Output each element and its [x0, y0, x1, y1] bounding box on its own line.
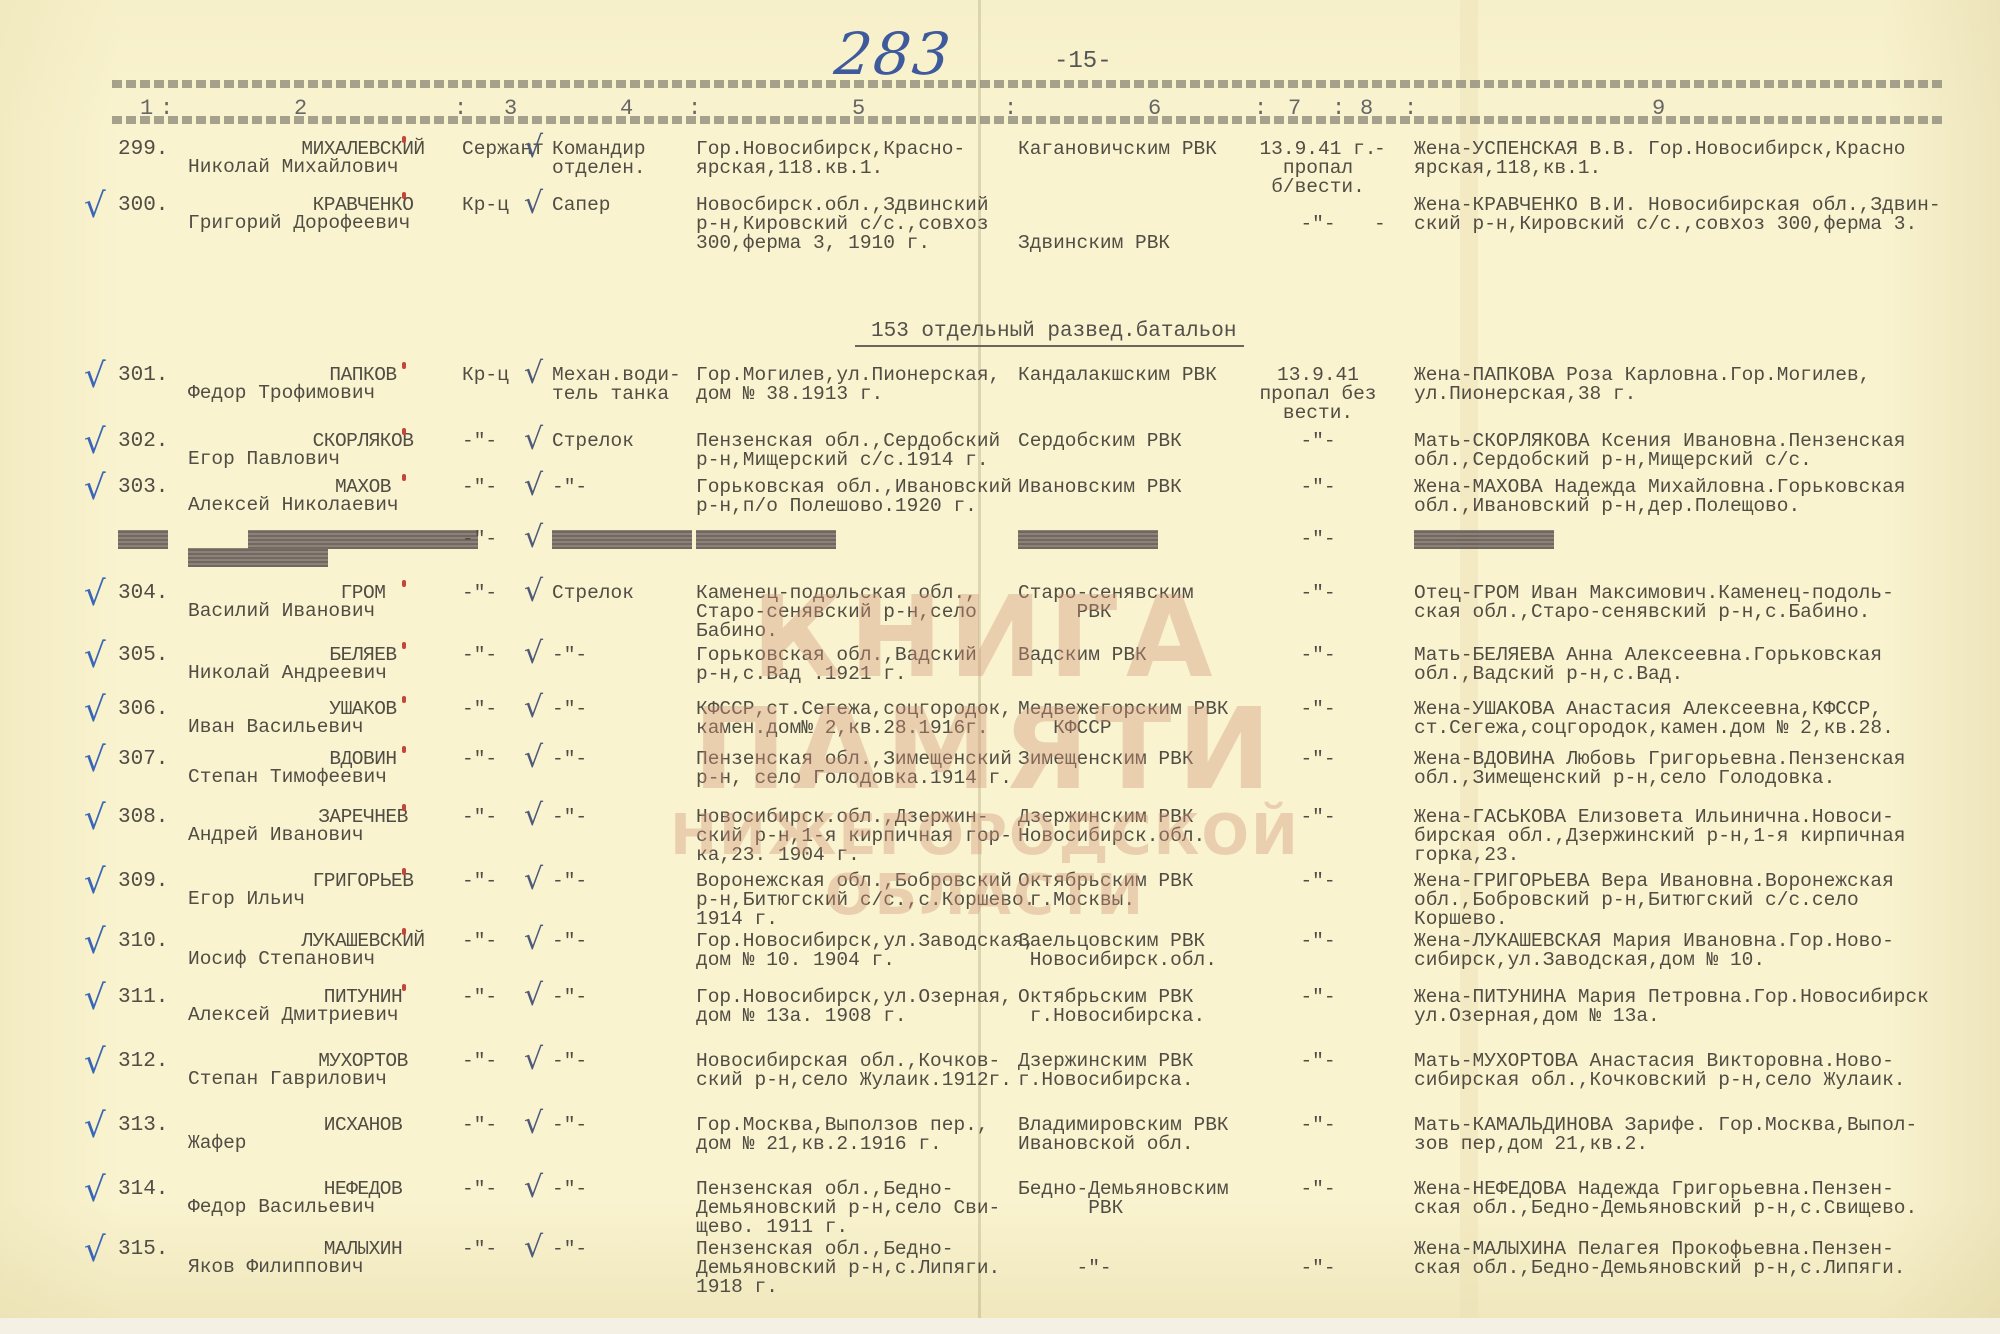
record-position: -"- [552, 808, 587, 827]
record-rank: -"- [462, 872, 497, 891]
pencil-check-icon: √ [524, 356, 543, 391]
col-number-7: 7 [1288, 96, 1301, 121]
pencil-check-icon: √ [524, 922, 543, 957]
record-rank: -"- [462, 700, 497, 719]
record-loss-date: -"- [1248, 932, 1388, 951]
record-given-names: Федор Васильевич [188, 1198, 375, 1217]
record-number: 304. [118, 584, 168, 603]
pencil-check-icon: √ [524, 1230, 543, 1265]
record-number: 303. [118, 478, 168, 497]
record-draft-office: Бедно-Демьяновским РВК [1018, 1180, 1229, 1218]
record-next-of-kin: [зачёркнуто] [1414, 530, 1554, 549]
red-pencil-mark [402, 868, 406, 875]
record-number: 305. [118, 646, 168, 665]
paper-bottom-edge [0, 1318, 2000, 1334]
record-loss-date: -"- [1248, 196, 1388, 234]
record-draft-office: Кандалакшским РВК [1018, 366, 1217, 385]
record-draft-office: -"- [1018, 1240, 1112, 1278]
record-next-of-kin: Жена-ПИТУНИНА Мария Петровна.Гор.Новосиб… [1414, 988, 1929, 1026]
record-next-of-kin: Жена-ГАСЬКОВА Елизовета Ильинична.Новоси… [1414, 808, 1905, 865]
pencil-check-icon: √ [524, 862, 543, 897]
red-pencil-mark [402, 984, 406, 991]
record-rank: -"- [462, 932, 497, 951]
red-pencil-mark [402, 428, 406, 435]
record-rank: -"- [462, 646, 497, 665]
record-birthplace: Новосибирск.обл.,Дзержин- ский р-н,1-я к… [696, 808, 1012, 865]
col-number-8: 8 [1360, 96, 1373, 121]
blue-check-icon: √ [84, 862, 106, 902]
col-separator: : [1254, 96, 1267, 121]
record-birthplace: Горьковская обл.,Вадский р-н,с.Вад .1921… [696, 646, 977, 684]
record-birthplace: Гор.Могилев,ул.Пионерская, дом № 38.1913… [696, 366, 1000, 404]
blue-check-icon: √ [84, 740, 106, 780]
col-number-5: 5 [852, 96, 865, 121]
record-position: -"- [552, 872, 587, 891]
record-position: -"- [552, 1116, 587, 1135]
blue-check-icon: √ [84, 1170, 106, 1210]
record-number: 310. [118, 932, 168, 951]
record-rank: -"- [462, 988, 497, 1007]
record-position: -"- [552, 1052, 587, 1071]
red-pencil-mark [402, 642, 406, 649]
pencil-check-icon: √ [524, 636, 543, 671]
record-draft-office: Заельцовским РВК Новосибирск.обл. [1018, 932, 1217, 970]
col-number-2: 2 [294, 96, 307, 121]
record-number: 308. [118, 808, 168, 827]
record-position: -"- [552, 750, 587, 769]
col-number-9: 9 [1652, 96, 1665, 121]
record-draft-office: Кагановичским РВК [1018, 140, 1217, 159]
record-next-of-kin: Мать-СКОРЛЯКОВА Ксения Ивановна.Пензенск… [1414, 432, 1905, 470]
record-given-names: Андрей Иванович [188, 826, 364, 845]
record-draft-office: Медвежегорским РВК КФССР [1018, 700, 1229, 738]
col-number-1: 1 [140, 96, 153, 121]
record-next-of-kin: Мать-БЕЛЯЕВА Анна Алексеевна.Горьковская… [1414, 646, 1882, 684]
blue-check-icon: √ [84, 1230, 106, 1270]
record-position: -"- [552, 1180, 587, 1199]
record-rank: -"- [462, 1240, 497, 1259]
record-rank: -"- [462, 478, 497, 497]
record-given-names: Иосиф Степанович [188, 950, 375, 969]
record-birthplace: Гор.Москва,Выползов пер., дом № 21,кв.2.… [696, 1116, 989, 1154]
record-number: 309. [118, 872, 168, 891]
red-pencil-mark [402, 136, 406, 143]
blue-check-icon: √ [84, 1042, 106, 1082]
record-position: Механ.води- тель танка [552, 366, 681, 404]
record-rank: -"- [462, 530, 497, 549]
record-loss-date: -"- [1248, 432, 1388, 451]
record-draft-office: Октябрьским РВК г.Москвы. [1018, 872, 1194, 910]
blue-check-icon: √ [84, 186, 106, 226]
record-number: 307. [118, 750, 168, 769]
col-separator: : [160, 96, 173, 121]
record-given-names: Жафер [188, 1134, 247, 1153]
record-given-names: Степан Тимофеевич [188, 768, 387, 787]
record-loss-date: -"- [1248, 1180, 1388, 1199]
record-loss-date: -"- [1248, 584, 1388, 603]
blue-check-icon: √ [84, 690, 106, 730]
record-birthplace: Пензенская обл.,Сердобский р-н,Мищерский… [696, 432, 1000, 470]
red-pencil-mark [402, 474, 406, 481]
record-number: 314. [118, 1180, 168, 1199]
record-draft-office: Здвинским РВК [1018, 196, 1170, 253]
col-separator: : [454, 96, 467, 121]
record-position: -"- [552, 988, 587, 1007]
record-loss-date: -"- [1248, 1240, 1388, 1278]
record-loss-date: -"- [1248, 478, 1388, 497]
record-number: 315. [118, 1240, 168, 1259]
record-loss-date: -"- [1248, 988, 1388, 1007]
record-position: -"- [552, 478, 587, 497]
header-rule-top [112, 80, 1942, 88]
record-birthplace: Новосибирская обл.,Кочков- ский р-н,село… [696, 1052, 1012, 1090]
record-draft-office: Зимещенским РВК [1018, 750, 1194, 769]
record-number: 299. [118, 140, 168, 159]
page-number: -15- [1054, 48, 1112, 75]
col-number-3: 3 [504, 96, 517, 121]
record-given-names: [зачёркнуто] [188, 548, 328, 567]
record-draft-office: Вадским РВК [1018, 646, 1147, 665]
record-next-of-kin: Отец-ГРОМ Иван Максимович.Каменец-подоль… [1414, 584, 1894, 622]
record-given-names: Иван Васильевич [188, 718, 364, 737]
record-next-of-kin: Жена-НЕФЕДОВА Надежда Григорьевна.Пензен… [1414, 1180, 1917, 1218]
record-given-names: Василий Иванович [188, 602, 375, 621]
record-given-names: Николай Андреевич [188, 664, 387, 683]
red-pencil-mark [402, 362, 406, 369]
pencil-check-icon: √ [524, 468, 543, 503]
blue-check-icon: √ [84, 422, 106, 462]
record-number: 312. [118, 1052, 168, 1071]
pencil-check-icon: √ [524, 574, 543, 609]
record-given-names: Алексей Николаевич [188, 496, 399, 515]
col-separator: : [688, 96, 701, 121]
record-given-names: Егор Павлович [188, 450, 340, 469]
record-draft-office: Дзержинским РВК Новосибирск.обл. [1018, 808, 1205, 846]
pencil-check-icon: √ [524, 978, 543, 1013]
record-next-of-kin: Жена-МАЛЫХИНА Пелагея Прокофьевна.Пензен… [1414, 1240, 1905, 1278]
record-next-of-kin: Жена-МАХОВА Надежда Михайловна.Горьковск… [1414, 478, 1905, 516]
record-rank: -"- [462, 584, 497, 603]
record-loss-date: 13.9.41 пропал без вести. [1248, 366, 1388, 423]
archive-sheet-number: 283 [831, 20, 955, 88]
record-loss-date: -"- [1248, 1116, 1388, 1135]
record-draft-office: Сердобским РВК [1018, 432, 1182, 451]
record-position: [зачёркнуто] [552, 530, 692, 549]
record-position: Сапер [552, 196, 611, 215]
red-pencil-mark [402, 804, 406, 811]
record-surname: ИСХАНОВ [248, 1116, 478, 1135]
record-birthplace: Гор.Новосибирск,ул.Заводская, дом № 10. … [696, 932, 1035, 970]
blue-check-icon: √ [84, 574, 106, 614]
record-given-names: Федор Трофимович [188, 384, 375, 403]
record-given-names: Николай Михайлович [188, 158, 399, 177]
record-next-of-kin: Жена-ПАПКОВА Роза Карловна.Гор.Могилев, … [1414, 366, 1870, 404]
record-next-of-kin: Жена-УСПЕНСКАЯ В.В. Гор.Новосибирск,Крас… [1414, 140, 1905, 178]
record-birthplace: [зачёркнуто] [696, 530, 836, 549]
record-rank: -"- [462, 1180, 497, 1199]
record-birthplace: Каменец-подольская обл., Старо-сенявский… [696, 584, 977, 641]
record-next-of-kin: Мать-КАМАЛЬДИНОВА Зарифе. Гор.Москва,Вып… [1414, 1116, 1917, 1154]
record-rank: -"- [462, 1116, 497, 1135]
record-rank: -"- [462, 432, 497, 451]
record-loss-date: 13.9.41 г. пропал б/вести. [1248, 140, 1388, 197]
record-position: Командир отделен. [552, 140, 646, 178]
pencil-check-icon: √ [524, 690, 543, 725]
pencil-check-icon: √ [524, 130, 543, 165]
record-number: 302. [118, 432, 168, 451]
pencil-check-icon: √ [524, 1106, 543, 1141]
record-loss-date: -"- [1248, 646, 1388, 665]
record-birthplace: Воронежская обл.,Бобровский р-н,Битюгски… [696, 872, 1035, 929]
record-number: 313. [118, 1116, 168, 1135]
record-birthplace: Новосбирск.обл.,Здвинский р-н,Кировский … [696, 196, 989, 253]
record-next-of-kin: Жена-ВДОВИНА Любовь Григорьевна.Пензенск… [1414, 750, 1905, 788]
record-draft-office: Октябрьским РВК г.Новосибирска. [1018, 988, 1205, 1026]
record-number: 301. [118, 366, 168, 385]
record-draft-office: Владимировским РВК Ивановской обл. [1018, 1116, 1229, 1154]
pencil-check-icon: √ [524, 1170, 543, 1205]
record-rank: Кр-ц [462, 196, 509, 215]
pencil-check-icon: √ [524, 186, 543, 221]
record-position: Стрелок [552, 584, 634, 603]
col-number-6: 6 [1148, 96, 1161, 121]
col-separator: : [1332, 96, 1345, 121]
blue-check-icon: √ [84, 978, 106, 1018]
blue-check-icon: √ [84, 1106, 106, 1146]
record-loss-date: -"- [1248, 872, 1388, 891]
record-loss-date: -"- [1248, 700, 1388, 719]
record-birthplace: КФССР,ст.Сегежа,соцгородок, камен.дом№ 2… [696, 700, 1012, 738]
red-pencil-mark [402, 746, 406, 753]
red-pencil-mark [402, 580, 406, 587]
record-column-8: - [1374, 140, 1386, 159]
blue-check-icon: √ [84, 468, 106, 508]
record-next-of-kin: Жена-УШАКОВА Анастасия Алексеевна,КФССР,… [1414, 700, 1894, 738]
section-title: 153 отдельный развед.батальон [855, 320, 1244, 347]
record-rank: Кр-ц [462, 366, 509, 385]
pencil-check-icon: √ [524, 1042, 543, 1077]
pencil-check-icon: √ [524, 798, 543, 833]
record-rank: -"- [462, 1052, 497, 1071]
record-rank: -"- [462, 808, 497, 827]
record-position: -"- [552, 932, 587, 951]
record-number: 300. [118, 196, 168, 215]
blue-check-icon: √ [84, 356, 106, 396]
record-next-of-kin: Мать-МУХОРТОВА Анастасия Викторовна.Ново… [1414, 1052, 1905, 1090]
record-position: -"- [552, 646, 587, 665]
record-given-names: Егор Ильич [188, 890, 305, 909]
red-pencil-mark [402, 696, 406, 703]
record-draft-office: Ивановским РВК [1018, 478, 1182, 497]
record-number: 311. [118, 988, 168, 1007]
record-birthplace: Гор.Новосибирск,Красно- ярская,118.кв.1. [696, 140, 965, 178]
record-loss-date: -"- [1248, 530, 1388, 549]
pencil-check-icon: √ [524, 520, 543, 555]
record-loss-date: -"- [1248, 1052, 1388, 1071]
record-given-names: Степан Гаврилович [188, 1070, 387, 1089]
record-birthplace: Пензенская обл.,Бедно- Демьяновский р-н,… [696, 1180, 1000, 1237]
record-position: Стрелок [552, 432, 634, 451]
record-column-8: - [1374, 196, 1386, 234]
record-number: 306. [118, 700, 168, 719]
col-separator: : [1004, 96, 1017, 121]
record-birthplace: Пензенская обл.,Бедно- Демьяновский р-н,… [696, 1240, 1000, 1297]
record-draft-office: Старо-сенявским РВК [1018, 584, 1194, 622]
col-number-4: 4 [620, 96, 633, 121]
red-pencil-mark [402, 928, 406, 935]
record-draft-office: Дзержинским РВК г.Новосибирска. [1018, 1052, 1194, 1090]
record-position: -"- [552, 1240, 587, 1259]
record-birthplace: Пензенская обл.,Зимещенский р-н, село Го… [696, 750, 1012, 788]
record-birthplace: Горьковская обл.,Ивановский р-н,п/о Поле… [696, 478, 1012, 516]
record-given-names: Григорий Дорофеевич [188, 214, 410, 233]
col-separator: : [1404, 96, 1417, 121]
record-next-of-kin: Жена-КРАВЧЕНКО В.И. Новосибирская обл.,З… [1414, 196, 1941, 234]
record-given-names: Яков Филиппович [188, 1258, 364, 1277]
record-next-of-kin: Жена-ЛУКАШЕВСКАЯ Мария Ивановна.Гор.Ново… [1414, 932, 1894, 970]
record-next-of-kin: Жена-ГРИГОРЬЕВА Вера Ивановна.Воронежска… [1414, 872, 1894, 929]
record-given-names: Алексей Дмитриевич [188, 1006, 399, 1025]
pencil-check-icon: √ [524, 740, 543, 775]
record-loss-date: -"- [1248, 808, 1388, 827]
header-rule-bottom [112, 116, 1942, 124]
record-number: 304. [118, 530, 168, 549]
red-pencil-mark [402, 192, 406, 199]
record-rank: -"- [462, 750, 497, 769]
blue-check-icon: √ [84, 636, 106, 676]
record-draft-office: [зачёркнуто] [1018, 530, 1158, 549]
blue-check-icon: √ [84, 922, 106, 962]
record-position: -"- [552, 700, 587, 719]
blue-check-icon: √ [84, 798, 106, 838]
pencil-check-icon: √ [524, 422, 543, 457]
record-loss-date: -"- [1248, 750, 1388, 769]
record-birthplace: Гор.Новосибирск,ул.Озерная, дом № 13а. 1… [696, 988, 1012, 1026]
